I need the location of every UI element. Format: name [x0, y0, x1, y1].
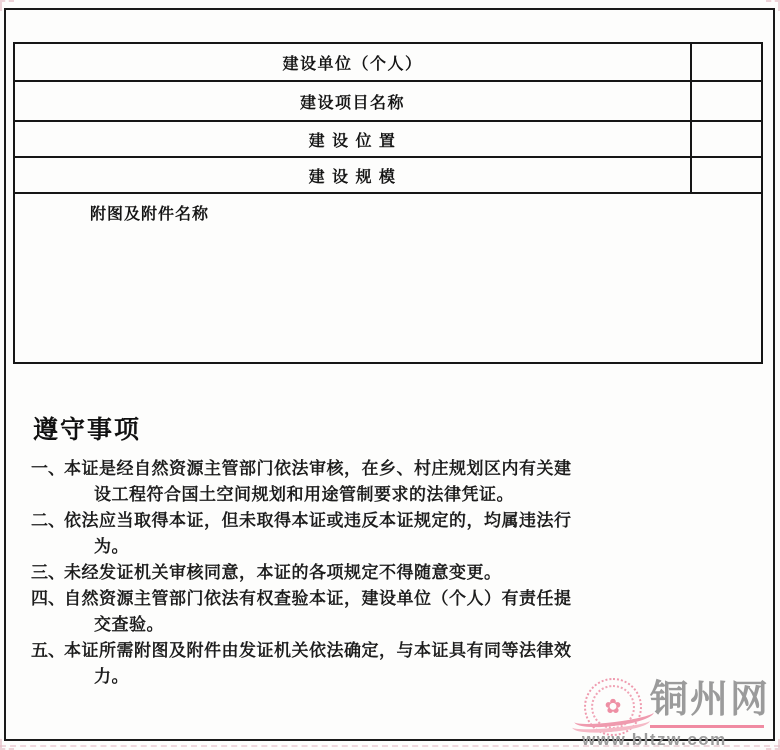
attachments-cell: 附图及附件名称: [15, 194, 761, 362]
field-row-scale: 建 设 规 模: [15, 158, 761, 194]
rule-item-1: 一、 本证是经自然资源主管部门依法审核，在乡、村庄规划区内有关建 设工程符合国土…: [31, 456, 691, 508]
rule-line: 设工程符合国土空间规划和用途管制要求的法律凭证。: [64, 482, 654, 508]
rule-text: 本证所需附图及附件由发证机关依法确定，与本证具有同等法律效 力。: [64, 638, 654, 690]
watermark-site-name: 铜州网: [650, 681, 770, 719]
rule-number: 二、: [31, 508, 64, 560]
permit-info-table: 建设单位（个人） 建设项目名称 建 设 位 置 建 设 规 模 附图及附件名称: [13, 42, 763, 364]
attachments-label: 附图及附件名称: [90, 206, 209, 223]
section-heading: 遵守事项: [33, 416, 691, 446]
rule-number: 五、: [31, 638, 64, 690]
rule-text: 依法应当取得本证，但未取得本证或违反本证规定的，均属违法行 为。: [64, 508, 654, 560]
field-row-location: 建 设 位 置: [15, 122, 761, 158]
field-row-construction-unit: 建设单位（个人）: [15, 44, 761, 82]
rule-line: 未经发证机关审核同意，本证的各项规定不得随意变更。: [64, 560, 654, 586]
rule-item-3: 三、 未经发证机关审核同意，本证的各项规定不得随意变更。: [31, 560, 691, 586]
rule-text: 未经发证机关审核同意，本证的各项规定不得随意变更。: [64, 560, 654, 586]
field-value-cell: [690, 44, 761, 80]
certificate-page: 建设单位（个人） 建设项目名称 建 设 位 置 建 设 规 模 附图及附件名称 …: [0, 0, 780, 750]
rule-line: 交查验。: [64, 612, 654, 638]
rule-text: 本证是经自然资源主管部门依法审核，在乡、村庄规划区内有关建 设工程符合国土空间规…: [64, 456, 654, 508]
rule-item-4: 四、 自然资源主管部门依法有权查验本证，建设单位（个人）有责任提 交查验。: [31, 586, 691, 638]
rule-line: 力。: [64, 664, 654, 690]
site-watermark: ✿ 铜州网 www.bltzw.com: [578, 672, 778, 750]
rule-line: 为。: [64, 534, 654, 560]
field-label: 建 设 位 置: [15, 122, 690, 156]
rule-number: 一、: [31, 456, 64, 508]
field-row-project-name: 建设项目名称: [15, 82, 761, 122]
field-value-cell: [690, 82, 761, 120]
field-value-cell: [690, 158, 761, 192]
rule-line: 自然资源主管部门依法有权查验本证，建设单位（个人）有责任提: [64, 586, 654, 612]
rule-line: 本证是经自然资源主管部门依法审核，在乡、村庄规划区内有关建: [64, 456, 654, 482]
rule-line: 依法应当取得本证，但未取得本证或违反本证规定的，均属违法行: [64, 508, 654, 534]
field-value-cell: [690, 122, 761, 156]
rule-line: 本证所需附图及附件由发证机关依法确定，与本证具有同等法律效: [64, 638, 654, 664]
rule-item-2: 二、 依法应当取得本证，但未取得本证或违反本证规定的，均属违法行 为。: [31, 508, 691, 560]
watermark-underline: [650, 725, 764, 728]
rule-number: 三、: [31, 560, 64, 586]
watermark-site-url: www.bltzw.com: [582, 730, 727, 750]
field-label: 建设项目名称: [15, 82, 690, 120]
field-label: 建设单位（个人）: [15, 44, 690, 80]
rule-number: 四、: [31, 586, 64, 638]
site-seal-logo-icon: ✿: [584, 678, 642, 736]
rule-text: 自然资源主管部门依法有权查验本证，建设单位（个人）有责任提 交查验。: [64, 586, 654, 638]
compliance-section: 遵守事项 一、 本证是经自然资源主管部门依法审核，在乡、村庄规划区内有关建 设工…: [31, 416, 691, 690]
field-label: 建 设 规 模: [15, 158, 690, 192]
